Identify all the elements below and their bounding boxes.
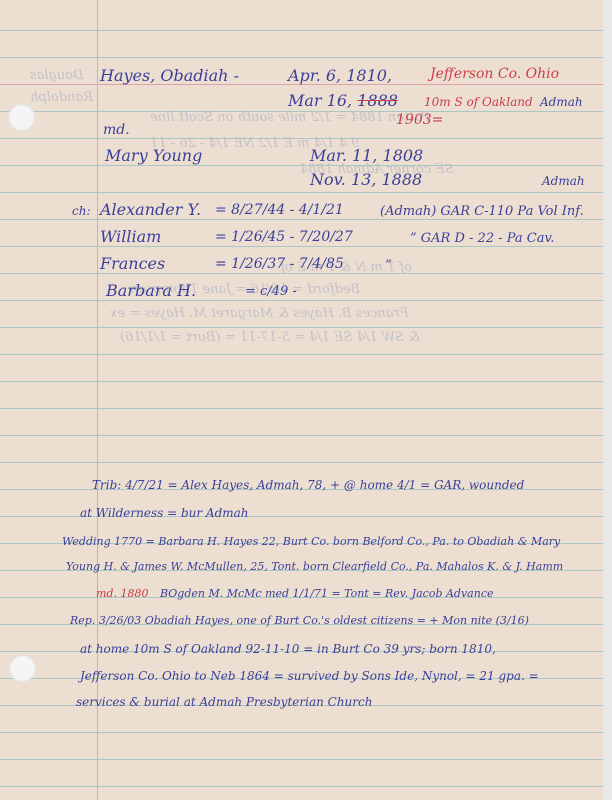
tribune-note-line: at Wilderness = bur Admah bbox=[80, 506, 249, 520]
death-date: Mar 16, 1888 bbox=[288, 91, 398, 110]
death-year-struck: 1888 bbox=[357, 91, 398, 110]
child-dates: = 1/26/37 - 7/4/85 bbox=[215, 256, 344, 272]
death-place-suffix: Admah bbox=[540, 95, 583, 109]
bleedthrough-text: Douglas bbox=[30, 68, 84, 83]
children-label: ch: bbox=[72, 204, 91, 218]
death-place: 10m S of Oakland bbox=[424, 95, 533, 109]
obituary-note-line: services & burial at Admah Presbyterian … bbox=[76, 695, 372, 709]
punch-hole-top bbox=[8, 104, 35, 131]
bleedthrough-text: Randolph bbox=[30, 90, 93, 105]
death-year-correction: 1903= bbox=[396, 112, 443, 128]
obituary-note-line: Rep. 3/26/03 Obadiah Hayes, one of Burt … bbox=[70, 614, 529, 627]
child-dates: = 8/27/44 - 4/1/21 bbox=[215, 202, 344, 218]
child-dates: = 1/26/45 - 7/20/27 bbox=[215, 229, 353, 245]
child-dates: = c/49 - bbox=[245, 284, 297, 299]
bleedthrough-text: Frances B. Hayes & Margaret M. Hayes = e… bbox=[110, 306, 409, 321]
notebook-paper: Douglas Randolph Patten 1884 = 1/2 mile … bbox=[0, 0, 603, 800]
married-label: md. bbox=[103, 122, 130, 138]
bleedthrough-text: Patten 1884 = 1/2 mile south on Scott li… bbox=[150, 110, 430, 125]
child-note: ” GAR D - 22 - Pa Cav. bbox=[410, 231, 554, 246]
birth-date: Apr. 6, 1810, bbox=[288, 66, 392, 85]
obituary-note-line: Jefferson Co. Ohio to Neb 1864 = survive… bbox=[80, 669, 539, 683]
spouse-birth: Mar. 11, 1808 bbox=[310, 146, 423, 165]
spouse-death: Nov. 13, 1888 bbox=[310, 170, 422, 189]
person-name: Hayes, Obadiah - bbox=[100, 66, 239, 85]
birth-place: Jefferson Co. Ohio bbox=[430, 66, 559, 82]
spouse-name: Mary Young bbox=[105, 146, 202, 165]
child-note: ” bbox=[385, 258, 392, 273]
child-name: Frances bbox=[100, 254, 165, 273]
child-name: Alexander Y. bbox=[100, 200, 201, 219]
wedding-note-line: Wedding 1770 = Barbara H. Hayes 22, Burt… bbox=[62, 535, 560, 548]
child-name: William bbox=[100, 227, 161, 246]
wedding-note-red: md. 1880 bbox=[96, 587, 148, 600]
wedding-note-line: Young H. & James W. McMullen, 25, Tont. … bbox=[66, 560, 563, 573]
spouse-death-place: Admah bbox=[542, 174, 585, 188]
bleedthrough-text: & SW 1/4 SE 1/4 = 5-17-11 = (Burt = 1/1/… bbox=[120, 330, 420, 345]
punch-hole-bottom bbox=[9, 655, 36, 682]
obituary-note-line: at home 10m S of Oakland 92-11-10 = in B… bbox=[80, 642, 496, 656]
tribune-note-line: Trib: 4/7/21 = Alex Hayes, Admah, 78, + … bbox=[92, 478, 524, 492]
death-date-prefix: Mar 16, bbox=[288, 91, 352, 110]
wedding-note-line: BOgden M. McMc med 1/1/71 = Tont = Rev. … bbox=[160, 587, 494, 600]
child-note: (Admah) GAR C-110 Pa Vol Inf. bbox=[380, 204, 584, 219]
child-name: Barbara H. bbox=[106, 281, 196, 300]
